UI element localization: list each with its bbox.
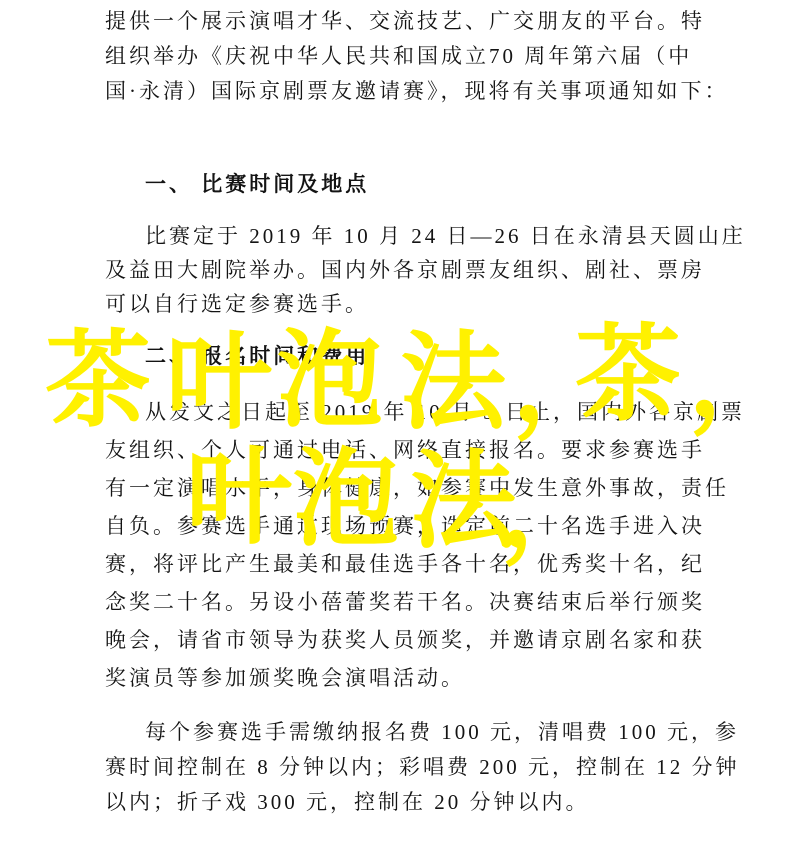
text-line: 提供一个展示演唱才华、交流技艺、广交朋友的平台。特 [105, 4, 725, 39]
text-line: 念奖二十名。另设小蓓蕾奖若干名。决赛结束后举行颁奖 [105, 583, 725, 621]
text-line: 可以自行选定参赛选手。 [105, 287, 725, 321]
text-line: 组织举办《庆祝中华人民共和国成立70 周年第六届（中 [105, 39, 725, 74]
text-line: 奖演员等参加颁奖晚会演唱活动。 [105, 659, 725, 697]
text-line: 及益田大剧院举办。国内外各京剧票友组织、剧社、票房 [105, 253, 725, 287]
text-line: 国·永清）国际京剧票友邀请赛》，现将有关事项通知如下： [105, 74, 725, 109]
text-line: 自负。参赛选手通过现场预赛，选定前二十名选手进入决 [105, 507, 725, 545]
text-line: 友组织、个人可通过电话、网络直接报名。要求参赛选手 [105, 431, 725, 469]
text-line: 比赛定于 2019 年 10 月 24 日—26 日在永清县天圆山庄 [105, 219, 725, 253]
text-line: 赛时间控制在 8 分钟以内；彩唱费 200 元，控制在 12 分钟 [105, 750, 725, 785]
section2-heading: 二、 报名时间和费用 [105, 339, 725, 373]
section2-paragraph-registration: 从发文之日起至 2019 年 10 月 3 日止，国内外各京剧票友组织、个人可通… [105, 393, 725, 697]
text-line: 以内；折子戏 300 元，控制在 20 分钟以内。 [105, 785, 725, 820]
section1-heading: 一、 比赛时间及地点 [105, 167, 725, 201]
intro-paragraph: 提供一个展示演唱才华、交流技艺、广交朋友的平台。特组织举办《庆祝中华人民共和国成… [105, 4, 725, 109]
document-text-column: 提供一个展示演唱才华、交流技艺、广交朋友的平台。特组织举办《庆祝中华人民共和国成… [105, 4, 725, 820]
document-page: 提供一个展示演唱才华、交流技艺、广交朋友的平台。特组织举办《庆祝中华人民共和国成… [0, 0, 800, 852]
section2-paragraph-fees: 每个参赛选手需缴纳报名费 100 元，清唱费 100 元，参赛时间控制在 8 分… [105, 715, 725, 820]
text-line: 每个参赛选手需缴纳报名费 100 元，清唱费 100 元，参 [105, 715, 725, 750]
text-line: 有一定演唱水平，身体健康，如参赛中发生意外事故，责任 [105, 469, 725, 507]
section1-paragraph: 比赛定于 2019 年 10 月 24 日—26 日在永清县天圆山庄及益田大剧院… [105, 219, 725, 321]
text-line: 晚会，请省市领导为获奖人员颁奖，并邀请京剧名家和获 [105, 621, 725, 659]
text-line: 从发文之日起至 2019 年 10 月 3 日止，国内外各京剧票 [105, 393, 725, 431]
text-line: 赛，将评比产生最美和最佳选手各十名，优秀奖十名，纪 [105, 545, 725, 583]
